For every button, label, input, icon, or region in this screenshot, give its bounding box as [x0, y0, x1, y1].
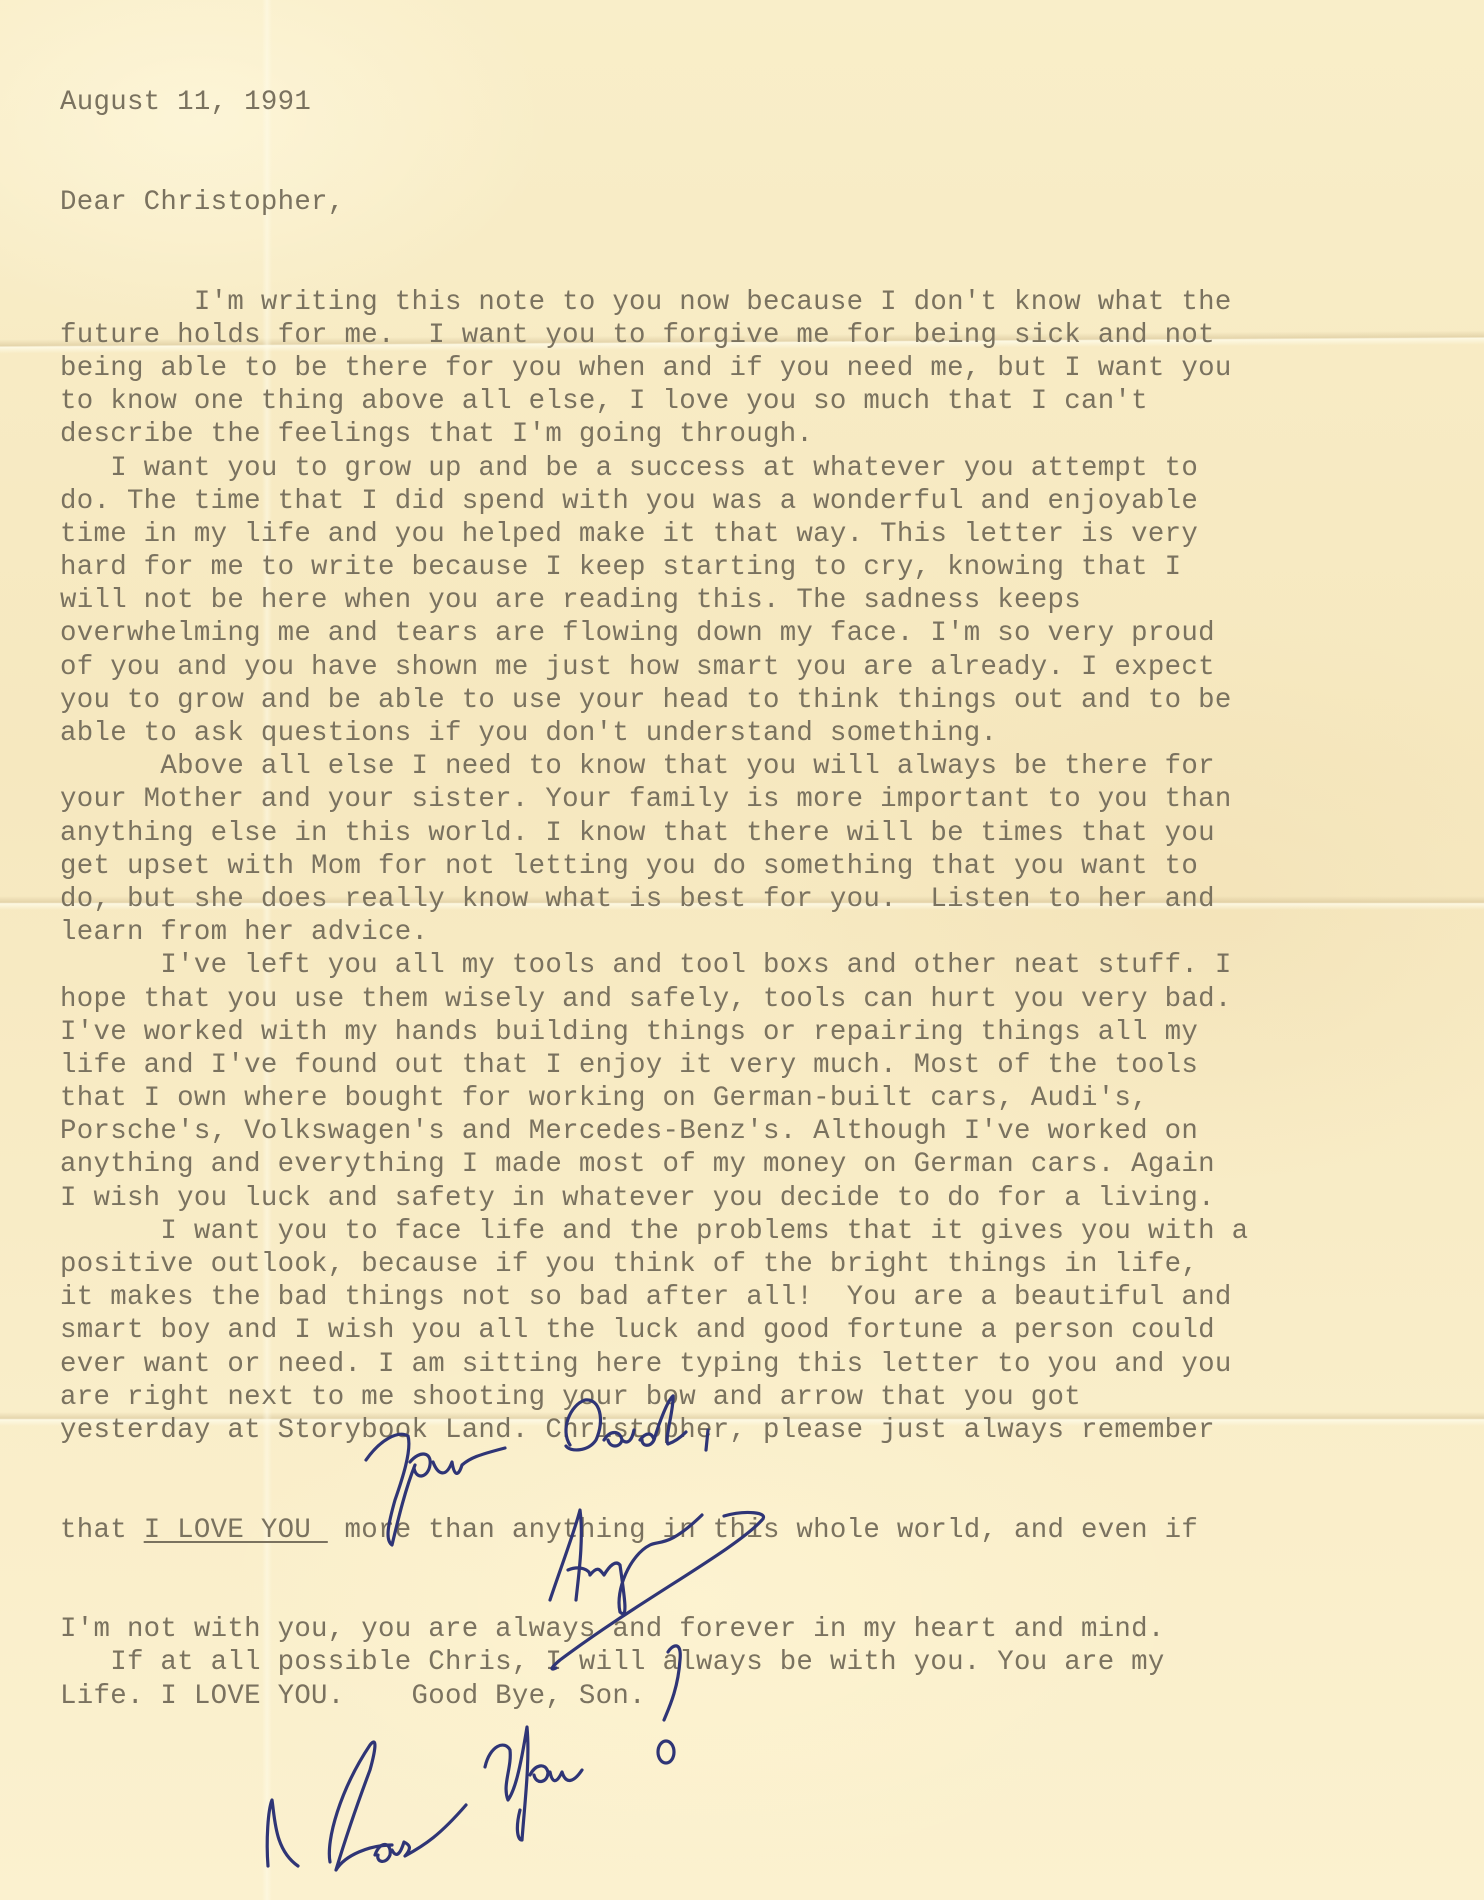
underlined-i-love-you: I LOVE YOU — [144, 1515, 328, 1546]
letter-line: smart boy and I wish you all the luck an… — [60, 1314, 1460, 1347]
text-segment: that — [60, 1515, 144, 1546]
letter-line: you to grow and be able to use your head… — [60, 684, 1460, 717]
letter-line: life and I've found out that I enjoy it … — [60, 1049, 1460, 1082]
letter-line: it makes the bad things not so bad after… — [60, 1281, 1460, 1314]
letter-line: are right next to me shooting your bow a… — [60, 1381, 1460, 1414]
letter-line: time in my life and you helped make it t… — [60, 518, 1460, 551]
text-segment: more than anything in this whole world, … — [328, 1515, 1198, 1546]
letter-line: positive outlook, because if you think o… — [60, 1248, 1460, 1281]
letter-line: I'm writing this note to you now because… — [60, 286, 1460, 319]
letter-line: describe the feelings that I'm going thr… — [60, 418, 1460, 451]
letter-date: August 11, 1991 — [60, 86, 1460, 119]
letter-line: do. The time that I did spend with you w… — [60, 485, 1460, 518]
letter-line: learn from her advice. — [60, 916, 1460, 949]
letter-line: If at all possible Chris, I will always … — [60, 1646, 1460, 1679]
letter-line: I'm not with you, you are always and for… — [60, 1613, 1460, 1646]
letter-body: I'm writing this note to you now because… — [60, 286, 1460, 1448]
letter-line: that I own where bought for working on G… — [60, 1082, 1460, 1115]
letter-line: your Mother and your sister. Your family… — [60, 783, 1460, 816]
letter-line: ever want or need. I am sitting here typ… — [60, 1348, 1460, 1381]
letter-closing: I'm not with you, you are always and for… — [60, 1613, 1460, 1713]
letter-line: hope that you use them wisely and safely… — [60, 983, 1460, 1016]
letter-line: anything else in this world. I know that… — [60, 817, 1460, 850]
letter-line: to know one thing above all else, I love… — [60, 385, 1460, 418]
letter-line: Life. I LOVE YOU. Good Bye, Son. — [60, 1680, 1460, 1713]
letter-line: anything and everything I made most of m… — [60, 1148, 1460, 1181]
letter-line: do, but she does really know what is bes… — [60, 883, 1460, 916]
letter-line: overwhelming me and tears are flowing do… — [60, 617, 1460, 650]
letter-line: I want you to grow up and be a success a… — [60, 452, 1460, 485]
letter-line: I've worked with my hands building thing… — [60, 1016, 1460, 1049]
letter-line: able to ask questions if you don't under… — [60, 717, 1460, 750]
letter-line: yesterday at Storybook Land. Christopher… — [60, 1414, 1460, 1447]
letter-line: hard for me to write because I keep star… — [60, 551, 1460, 584]
letter-line: future holds for me. I want you to forgi… — [60, 319, 1460, 352]
letter-line: of you and you have shown me just how sm… — [60, 651, 1460, 684]
letter-line: being able to be there for you when and … — [60, 352, 1460, 385]
letter-line: I want you to face life and the problems… — [60, 1215, 1460, 1248]
letter-line-underlined: that I LOVE YOU more than anything in th… — [60, 1514, 1460, 1547]
letter-salutation: Dear Christopher, — [60, 186, 1460, 219]
letter-line: Above all else I need to know that you w… — [60, 750, 1460, 783]
letter-line: I wish you luck and safety in whatever y… — [60, 1182, 1460, 1215]
letter-line: Porsche's, Volkswagen's and Mercedes-Ben… — [60, 1115, 1460, 1148]
letter-line: I've left you all my tools and tool boxs… — [60, 949, 1460, 982]
letter-line: get upset with Mom for not letting you d… — [60, 850, 1460, 883]
letter-line: will not be here when you are reading th… — [60, 584, 1460, 617]
typed-letter: August 11, 1991 Dear Christopher, I'm wr… — [60, 20, 1460, 1746]
